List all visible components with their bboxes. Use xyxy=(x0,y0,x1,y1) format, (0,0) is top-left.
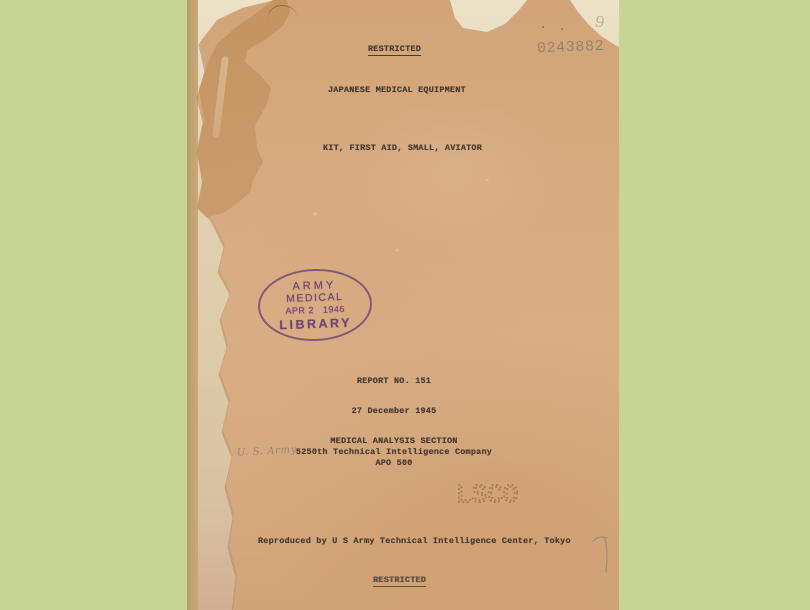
ink-speck xyxy=(542,26,544,28)
scanned-document: 9 RESTRICTED 0243882 JAPANESE MEDICAL EQ… xyxy=(187,0,619,610)
scan-edge-strip xyxy=(187,0,198,610)
lsco-text: LSCO xyxy=(456,480,518,510)
pencil-mark-seven xyxy=(591,531,613,577)
serial-number-stamp: 0243882 xyxy=(537,39,605,56)
report-date-line: 27 December 1945 xyxy=(234,407,554,416)
reproduction-credit-line: Reproduced by U S Army Technical Intelli… xyxy=(258,537,571,546)
classification-header: RESTRICTED xyxy=(368,45,421,56)
perforated-lsco-stamp: LSCO xyxy=(454,477,534,511)
stamp-line-library: LIBRARY xyxy=(260,315,370,333)
classification-footer: RESTRICTED xyxy=(373,576,426,587)
report-number-line: REPORT NO. 151 xyxy=(234,377,554,386)
document-title: JAPANESE MEDICAL EQUIPMENT xyxy=(328,86,466,95)
ink-speck xyxy=(561,28,563,30)
apo-line: APO 500 xyxy=(234,459,554,468)
screenshot-root: { "background_color": "#c6d593", "paper_… xyxy=(0,0,810,610)
document-subtitle: KIT, FIRST AID, SMALL, AVIATOR xyxy=(323,144,482,153)
